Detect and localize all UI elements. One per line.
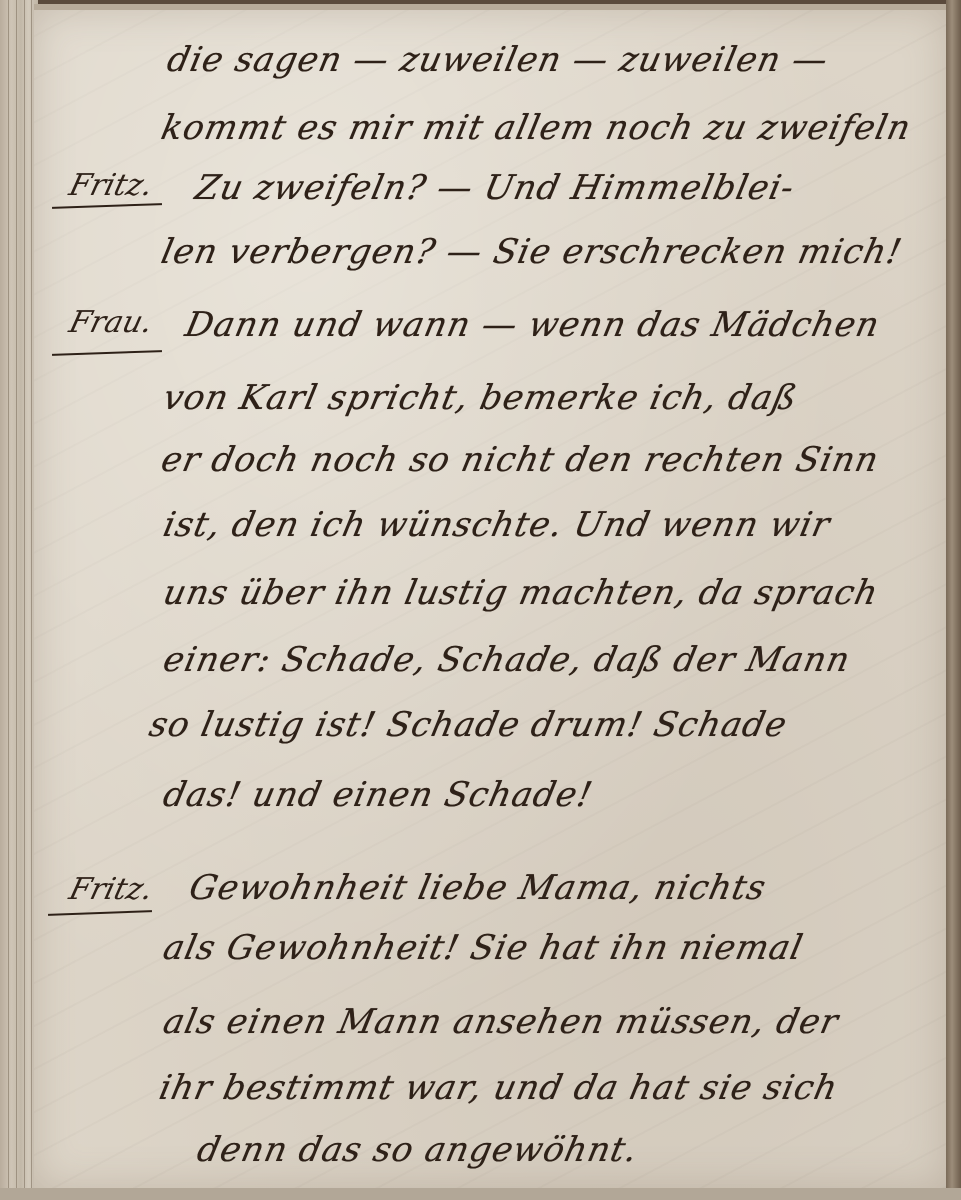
- manuscript-line: als einen Mann ansehen müssen, der: [160, 1002, 843, 1042]
- page-edge-line: [8, 0, 9, 1200]
- manuscript-line: als Gewohnheit! Sie hat ihn niemal: [160, 928, 807, 968]
- manuscript-line: ihr bestimmt war, und da hat sie sich: [156, 1068, 842, 1108]
- speaker-label: Fritz.: [66, 872, 157, 907]
- manuscript-line: len verbergen? — Sie erschrecken mich!: [158, 232, 906, 272]
- speaker-label: Fritz.: [66, 168, 157, 203]
- page-bottom-edge: [0, 1188, 961, 1200]
- manuscript-line: Dann und wann — wenn das Mädchen: [182, 305, 884, 345]
- page-edge-line: [24, 0, 25, 1200]
- manuscript-line: Gewohnheit liebe Mama, nichts: [186, 868, 770, 908]
- manuscript-line: Zu zweifeln? — Und Himmelblei-: [192, 168, 798, 208]
- manuscript-line: uns über ihn lustig machten, da sprach: [160, 573, 882, 613]
- book-binding-left: [0, 0, 38, 1200]
- manuscript-line: denn das so angewöhnt.: [194, 1130, 642, 1170]
- page-edge-line: [31, 0, 32, 1200]
- manuscript-line: kommt es mir mit allem noch zu zweifeln: [158, 108, 915, 148]
- manuscript-line: das! und einen Schade!: [160, 775, 597, 815]
- manuscript-line: die sagen — zuweilen — zuweilen —: [164, 40, 832, 80]
- manuscript-line: so lustig ist! Schade drum! Schade: [146, 705, 791, 745]
- manuscript-line: einer: Schade, Schade, daß der Mann: [160, 640, 854, 680]
- manuscript-line: ist, den ich wünschte. Und wenn wir: [160, 505, 834, 545]
- page-edge-line: [16, 0, 17, 1200]
- speaker-label: Frau.: [66, 305, 157, 340]
- book-binding-right: [946, 0, 961, 1200]
- manuscript-line: er doch noch so nicht den rechten Sinn: [158, 440, 883, 480]
- manuscript-line: von Karl spricht, bemerke ich, daß: [160, 378, 801, 418]
